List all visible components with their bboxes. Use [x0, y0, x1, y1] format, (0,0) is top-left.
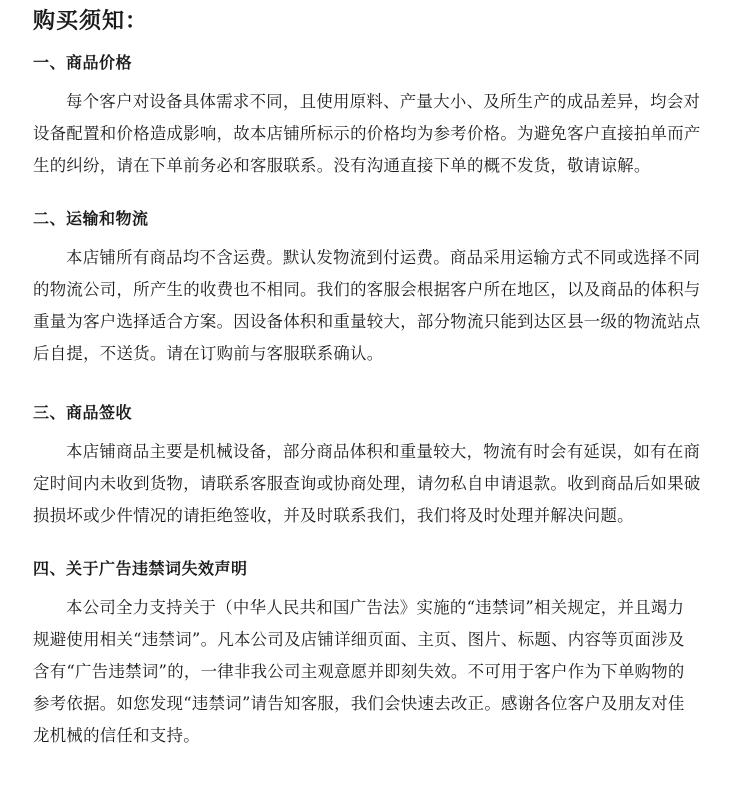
page-title: 购买须知： [33, 4, 148, 35]
paragraph-line: 重量为客户选择适合方案。因设备体积和重量较大，部分物流只能到达区县一级的物流站点 [33, 306, 723, 338]
paragraph-line: 龙机械的信任和支持。 [33, 720, 723, 752]
paragraph-line: 参考依据。如您发现“违禁词”请告知客服，我们会快速去改正。感谢各位客户及朋友对佳 [33, 688, 723, 720]
paragraph-line: 每个客户对设备具体需求不同，且使用原料、产量大小、及所生产的成品差异，均会对 [33, 86, 723, 118]
paragraph-line: 本店铺所有商品均不含运费。默认发物流到付运费。商品采用运输方式不同或选择不同 [33, 242, 723, 274]
section-body-price: 每个客户对设备具体需求不同，且使用原料、产量大小、及所生产的成品差异，均会对 设… [33, 86, 723, 182]
paragraph-line: 本店铺商品主要是机械设备，部分商品体积和重量较大，物流有时会有延误，如有在商 [33, 436, 723, 468]
section-body-receipt: 本店铺商品主要是机械设备，部分商品体积和重量较大，物流有时会有延误，如有在商 定… [33, 436, 723, 532]
paragraph-line: 本公司全力支持关于（中华人民共和国广告法》实施的“违禁词”相关规定，并且竭力 [33, 592, 723, 624]
section-body-ad-disclaimer: 本公司全力支持关于（中华人民共和国广告法》实施的“违禁词”相关规定，并且竭力 规… [33, 592, 723, 752]
paragraph-line: 的物流公司，所产生的收费也不相同。我们的客服会根据客户所在地区，以及商品的体积与 [33, 274, 723, 306]
section-heading-receipt: 三、商品签收 [33, 400, 132, 423]
paragraph-line: 定时间内未收到货物，请联系客服查询或协商处理，请勿私自申请退款。收到商品后如果破 [33, 468, 723, 500]
paragraph-line: 生的纠纷，请在下单前务必和客服联系。没有沟通直接下单的概不发货，敬请谅解。 [33, 150, 723, 182]
section-body-shipping: 本店铺所有商品均不含运费。默认发物流到付运费。商品采用运输方式不同或选择不同 的… [33, 242, 723, 370]
paragraph-line: 设备配置和价格造成影响，故本店铺所标示的价格均为参考价格。为避免客户直接拍单而产 [33, 118, 723, 150]
section-heading-ad-disclaimer: 四、关于广告违禁词失效声明 [33, 556, 248, 579]
paragraph-line: 后自提，不送货。请在订购前与客服联系确认。 [33, 338, 723, 370]
paragraph-line: 损损坏或少件情况的请拒绝签收，并及时联系我们，我们将及时处理并解决问题。 [33, 500, 723, 532]
section-heading-price: 一、商品价格 [33, 50, 132, 73]
paragraph-line: 含有“广告违禁词”的，一律非我公司主观意愿并即刻失效。不可用于客户作为下单购物的 [33, 656, 723, 688]
section-heading-shipping: 二、运输和物流 [33, 206, 149, 229]
paragraph-line: 规避使用相关“违禁词”。凡本公司及店铺详细页面、主页、图片、标题、内容等页面涉及 [33, 624, 723, 656]
